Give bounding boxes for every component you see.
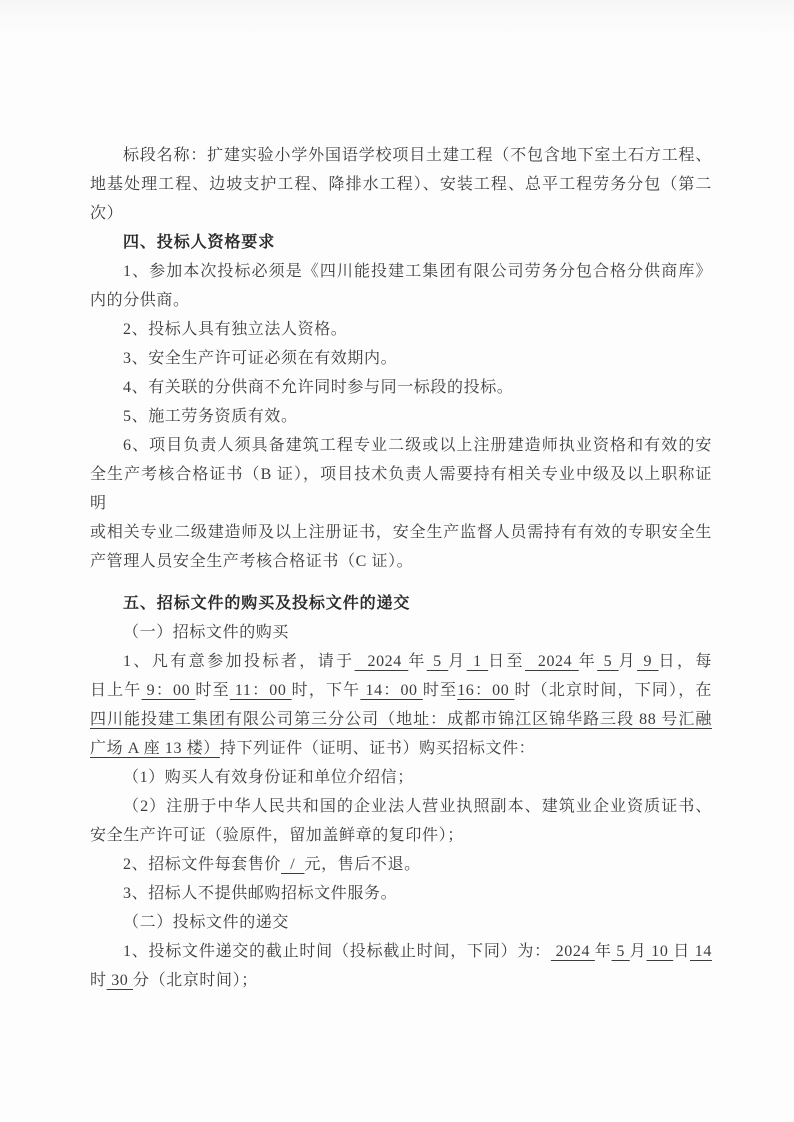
text-segment: 时（北京时间，下同），在 [515, 682, 713, 699]
underlined-field: / [281, 856, 304, 873]
text-segment: 1、投标文件递交的截止时间（投标截止时间，下同）为： [123, 943, 551, 960]
text-segment: 日，每 [659, 653, 712, 670]
text-line: 3、招标人不提供邮购招标文件服务。 [90, 879, 712, 908]
underlined-field: 9：00 [142, 682, 196, 699]
text-segment: 2、招标文件每套售价 [123, 856, 281, 873]
text-segment: （1）购买人有效身份证和单位介绍信； [123, 769, 414, 786]
text-line: （二）投标文件的递交 [90, 908, 712, 937]
text-segment: 时至 [423, 682, 457, 699]
underlined-field: 2024 [355, 653, 409, 670]
text-segment: 月 [448, 653, 466, 670]
text-segment: 年 [408, 653, 426, 670]
text-line: 广场 A 座 13 楼）持下列证件（证明、证书）购买招标文件： [90, 734, 712, 763]
text-segment: 日至 [488, 653, 525, 670]
text-segment: 五、招标文件的购买及投标文件的递交 [123, 595, 410, 612]
text-segment: （2）注册于中华人民共和国的企业法人营业执照副本、建筑业企业资质证书、 [123, 798, 712, 815]
text-segment: 时至 [195, 682, 229, 699]
underlined-field: 1 [467, 653, 488, 670]
text-segment: 年 [579, 653, 597, 670]
underlined-field: 5 [612, 943, 630, 960]
text-segment: 5、施工劳务资质有效。 [123, 408, 298, 425]
text-segment: （二）投标文件的递交 [123, 914, 289, 931]
document-content: 标段名称：扩建实验小学外国语学校项目土建工程（不包含地下室土石方工程、地基处理工… [90, 141, 712, 995]
text-segment: 标段名称：扩建实验小学外国语学校项目土建工程（不包含地下室土石方工程、 [123, 147, 712, 164]
text-line: 内的分供商。 [90, 286, 712, 315]
text-line: 时 30 分（北京时间）； [90, 966, 712, 995]
text-segment: 3、安全生产许可证必须在有效期内。 [123, 350, 397, 367]
text-segment: 1、凡有意参加投标者，请于 [123, 653, 355, 670]
text-segment: 元，售后不退。 [304, 856, 420, 873]
underlined-field: 四川能投建工集团有限公司第三分公司（地址：成都市锦江区锦华路三段 88 号汇融 [90, 711, 712, 728]
underlined-field: 5 [427, 653, 448, 670]
underlined-field: 11：00 [230, 682, 292, 699]
text-line: 1、参加本次投标必须是《四川能投建工集团有限公司劳务分包合格分供商库》 [90, 257, 712, 286]
document-page: 标段名称：扩建实验小学外国语学校项目土建工程（不包含地下室土石方工程、地基处理工… [0, 0, 794, 1122]
text-segment: 6、项目负责人须具备建筑工程专业二级或以上注册建造师执业资格和有效的安 [123, 437, 712, 454]
text-segment: 地基处理工程、边坡支护工程、降排水工程）、安装工程、总平工程劳务分包（第二 [90, 176, 712, 193]
text-line: 次） [90, 199, 712, 228]
text-segment: 月 [630, 943, 647, 960]
underlined-field: 30 [107, 972, 133, 989]
text-line: 2、投标人具有独立法人资格。 [90, 315, 712, 344]
text-segment: 1、参加本次投标必须是《四川能投建工集团有限公司劳务分包合格分供商库》 [123, 263, 712, 280]
text-segment: 全生产考核合格证书（B 证），项目技术负责人需要持有相关专业中级及以上职称证明 [90, 466, 712, 512]
underlined-field: 5 [597, 653, 618, 670]
text-segment: 产管理人员安全生产考核合格证书（C 证）。 [90, 553, 413, 570]
text-line: （1）购买人有效身份证和单位介绍信； [90, 763, 712, 792]
text-segment: （一）招标文件的购买 [123, 624, 289, 641]
text-segment: 分（北京时间）； [133, 972, 258, 989]
text-line: 或相关专业二级建造师及以上注册证书，安全生产监督人员需持有有效的专职安全生 [90, 518, 712, 547]
underlined-field: 10 [647, 943, 674, 960]
text-line: 全生产考核合格证书（B 证），项目技术负责人需要持有相关专业中级及以上职称证明 [90, 460, 712, 518]
text-line: 日上午 9：00 时至 11：00 时，下午 14：00 时至16：00 时（北… [90, 676, 712, 705]
text-line: 安全生产许可证（验原件，留加盖鲜章的复印件）； [90, 821, 712, 850]
underlined-field: 14：00 [360, 682, 423, 699]
text-segment: 持下列证件（证明、证书）购买招标文件： [220, 740, 535, 757]
section-heading: 五、招标文件的购买及投标文件的递交 [90, 589, 712, 618]
text-line: 产管理人员安全生产考核合格证书（C 证）。 [90, 547, 712, 576]
text-segment: 次） [90, 205, 123, 222]
text-line: 2、招标文件每套售价 / 元，售后不退。 [90, 850, 712, 879]
text-line: 1、凡有意参加投标者，请于 2024 年 5 月 1 日至 2024 年 5 月… [90, 647, 712, 676]
underlined-field: 9 [637, 653, 658, 670]
text-line: 5、施工劳务资质有效。 [90, 402, 712, 431]
underlined-field: 2024 [551, 943, 595, 960]
text-segment: 4、有关联的分供商不允许同时参与同一标段的投标。 [123, 379, 513, 396]
text-segment: 日 [673, 943, 690, 960]
underlined-field: 16：00 [457, 682, 514, 699]
text-line: （2）注册于中华人民共和国的企业法人营业执照副本、建筑业企业资质证书、 [90, 792, 712, 821]
text-segment: 月 [619, 653, 637, 670]
text-line: 地基处理工程、边坡支护工程、降排水工程）、安装工程、总平工程劳务分包（第二 [90, 170, 712, 199]
section-heading: 四、投标人资格要求 [90, 228, 712, 257]
text-segment: 2、投标人具有独立法人资格。 [123, 321, 347, 338]
text-segment: 年 [595, 943, 612, 960]
text-segment: 内的分供商。 [90, 292, 190, 309]
text-line: （一）招标文件的购买 [90, 618, 712, 647]
text-segment: 时 [90, 972, 107, 989]
text-line: 1、投标文件递交的截止时间（投标截止时间，下同）为： 2024 年 5 月 10… [90, 937, 712, 966]
text-segment: 或相关专业二级建造师及以上注册证书，安全生产监督人员需持有有效的专职安全生 [90, 524, 712, 541]
text-line: 3、安全生产许可证必须在有效期内。 [90, 344, 712, 373]
underlined-field: 2024 [525, 653, 579, 670]
text-segment: 日上午 [90, 682, 142, 699]
text-segment: 四、投标人资格要求 [123, 234, 275, 251]
text-line: 4、有关联的分供商不允许同时参与同一标段的投标。 [90, 373, 712, 402]
text-segment: 安全生产许可证（验原件，留加盖鲜章的复印件）； [90, 827, 464, 844]
text-line: 6、项目负责人须具备建筑工程专业二级或以上注册建造师执业资格和有效的安 [90, 431, 712, 460]
text-segment: 时，下午 [292, 682, 361, 699]
text-line: 标段名称：扩建实验小学外国语学校项目土建工程（不包含地下室土石方工程、 [90, 141, 712, 170]
text-segment: 3、招标人不提供邮购招标文件服务。 [123, 885, 397, 902]
underlined-field: 14 [690, 943, 712, 960]
underlined-field: 广场 A 座 13 楼） [90, 740, 220, 757]
text-line: 四川能投建工集团有限公司第三分公司（地址：成都市锦江区锦华路三段 88 号汇融 [90, 705, 712, 734]
